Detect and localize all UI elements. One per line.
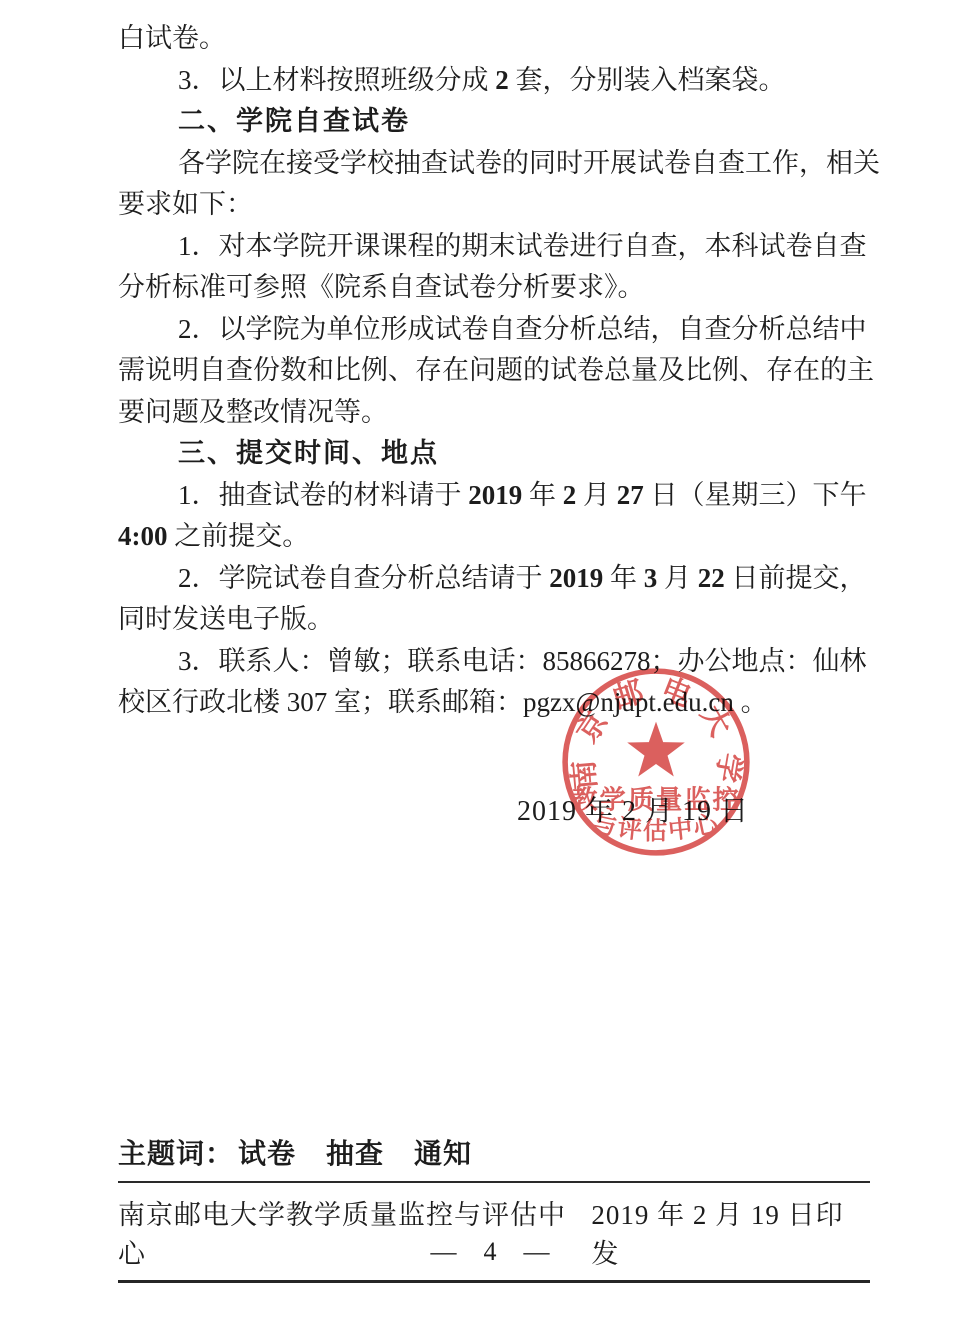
section-heading: 三、提交时间、地点 <box>118 433 874 475</box>
text-segment: 2 <box>563 480 577 510</box>
body-line: 白试卷。 <box>118 18 874 60</box>
keyword-notice: 通知 <box>414 1138 472 1169</box>
page-number: —4— <box>0 1237 980 1267</box>
text-segment: 月 <box>576 480 617 510</box>
footer-divider-thin <box>118 1181 870 1183</box>
text-segment: 套，分别装入档案袋。 <box>509 65 786 95</box>
body-line: 要问题及整改情况等。 <box>118 392 874 434</box>
page-number-left-dash: — <box>431 1237 457 1266</box>
body-line: 校区行政北楼 307 室；联系邮箱：pgzx@njupt.edu.cn 。 <box>118 682 874 724</box>
text-segment: 年 <box>522 480 563 510</box>
body-line: 需说明自查份数和比例、存在问题的试卷总量及比例、存在的主 <box>118 350 874 392</box>
page-number-value: 4 <box>484 1237 497 1266</box>
text-segment: 分析标准可参照《院系自查试卷分析要求》。 <box>118 272 645 302</box>
text-segment: 月 <box>657 563 698 593</box>
text-segment: 之前提交。 <box>168 521 310 551</box>
keyword-spot-check: 抽查 <box>326 1138 384 1169</box>
body-line: 1．对本学院开课课程的期末试卷进行自查，本科试卷自查 <box>118 226 874 268</box>
subject-keywords-line: 主题词：试卷抽查通知 <box>118 1132 870 1172</box>
text-segment: 校区行政北楼 307 室；联系邮箱：pgzx@njupt.edu.cn 。 <box>118 687 768 717</box>
footer-divider-thick <box>118 1280 870 1283</box>
text-segment: 需说明自查份数和比例、存在问题的试卷总量及比例、存在的主 <box>118 355 874 385</box>
body-line: 分析标准可参照《院系自查试卷分析要求》。 <box>118 267 874 309</box>
text-segment: 二、学院自查试卷 <box>178 106 410 136</box>
text-segment: 日前提交， <box>725 563 867 593</box>
scanned-notice-page: 白试卷。3．以上材料按照班级分成 2 套，分别装入档案袋。二、学院自查试卷各学院… <box>0 0 980 1320</box>
text-segment: 2．学院试卷自查分析总结请于 <box>178 563 549 593</box>
text-segment: 日（星期三）下午 <box>644 480 867 510</box>
text-segment: 要问题及整改情况等。 <box>118 397 388 427</box>
keywords-label: 主题词： <box>118 1138 234 1169</box>
body-line: 3．联系人：曾敏；联系电话：85866278；办公地点：仙林 <box>118 641 874 683</box>
text-segment: 1．抽查试卷的材料请于 <box>178 480 468 510</box>
body-line: 同时发送电子版。 <box>118 599 874 641</box>
text-segment: 各学院在接受学校抽查试卷的同时开展试卷自查工作，相关 <box>178 148 880 178</box>
text-segment: 三、提交时间、地点 <box>178 438 439 468</box>
signature-date: 2019 年 2 月 19 日 <box>517 789 749 829</box>
body-line: 要求如下： <box>118 184 874 226</box>
body-line: 1．抽查试卷的材料请于 2019 年 2 月 27 日（星期三）下午 <box>118 475 874 517</box>
text-segment: 1．对本学院开课课程的期末试卷进行自查，本科试卷自查 <box>178 231 867 261</box>
body-line: 4:00 之前提交。 <box>118 516 874 558</box>
keyword-exam-paper: 试卷 <box>238 1138 296 1169</box>
text-segment: 要求如下： <box>118 189 253 219</box>
text-segment: 白试卷。 <box>118 23 226 53</box>
text-segment: 3．以上材料按照班级分成 <box>178 65 495 95</box>
body-line: 各学院在接受学校抽查试卷的同时开展试卷自查工作，相关 <box>118 143 874 185</box>
text-segment: 年 <box>603 563 644 593</box>
text-segment: 3 <box>644 563 658 593</box>
text-segment: 2．以学院为单位形成试卷自查分析总结，自查分析总结中 <box>178 314 867 344</box>
section-heading: 二、学院自查试卷 <box>118 101 874 143</box>
text-segment: 22 <box>698 563 725 593</box>
text-segment: 同时发送电子版。 <box>118 604 334 634</box>
seal-star-icon <box>627 722 685 777</box>
text-segment: 3．联系人：曾敏；联系电话：85866278；办公地点：仙林 <box>178 646 867 676</box>
text-segment: 27 <box>617 480 644 510</box>
text-segment: 2019 <box>549 563 603 593</box>
text-segment: 2019 <box>468 480 522 510</box>
page-number-right-dash: — <box>524 1237 550 1266</box>
text-segment: 2 <box>495 65 509 95</box>
text-segment: 4:00 <box>118 521 168 551</box>
body-line: 3．以上材料按照班级分成 2 套，分别装入档案袋。 <box>118 60 874 102</box>
body-line: 2．学院试卷自查分析总结请于 2019 年 3 月 22 日前提交， <box>118 558 874 600</box>
body-line: 2．以学院为单位形成试卷自查分析总结，自查分析总结中 <box>118 309 874 351</box>
document-body: 白试卷。3．以上材料按照班级分成 2 套，分别装入档案袋。二、学院自查试卷各学院… <box>118 18 874 724</box>
